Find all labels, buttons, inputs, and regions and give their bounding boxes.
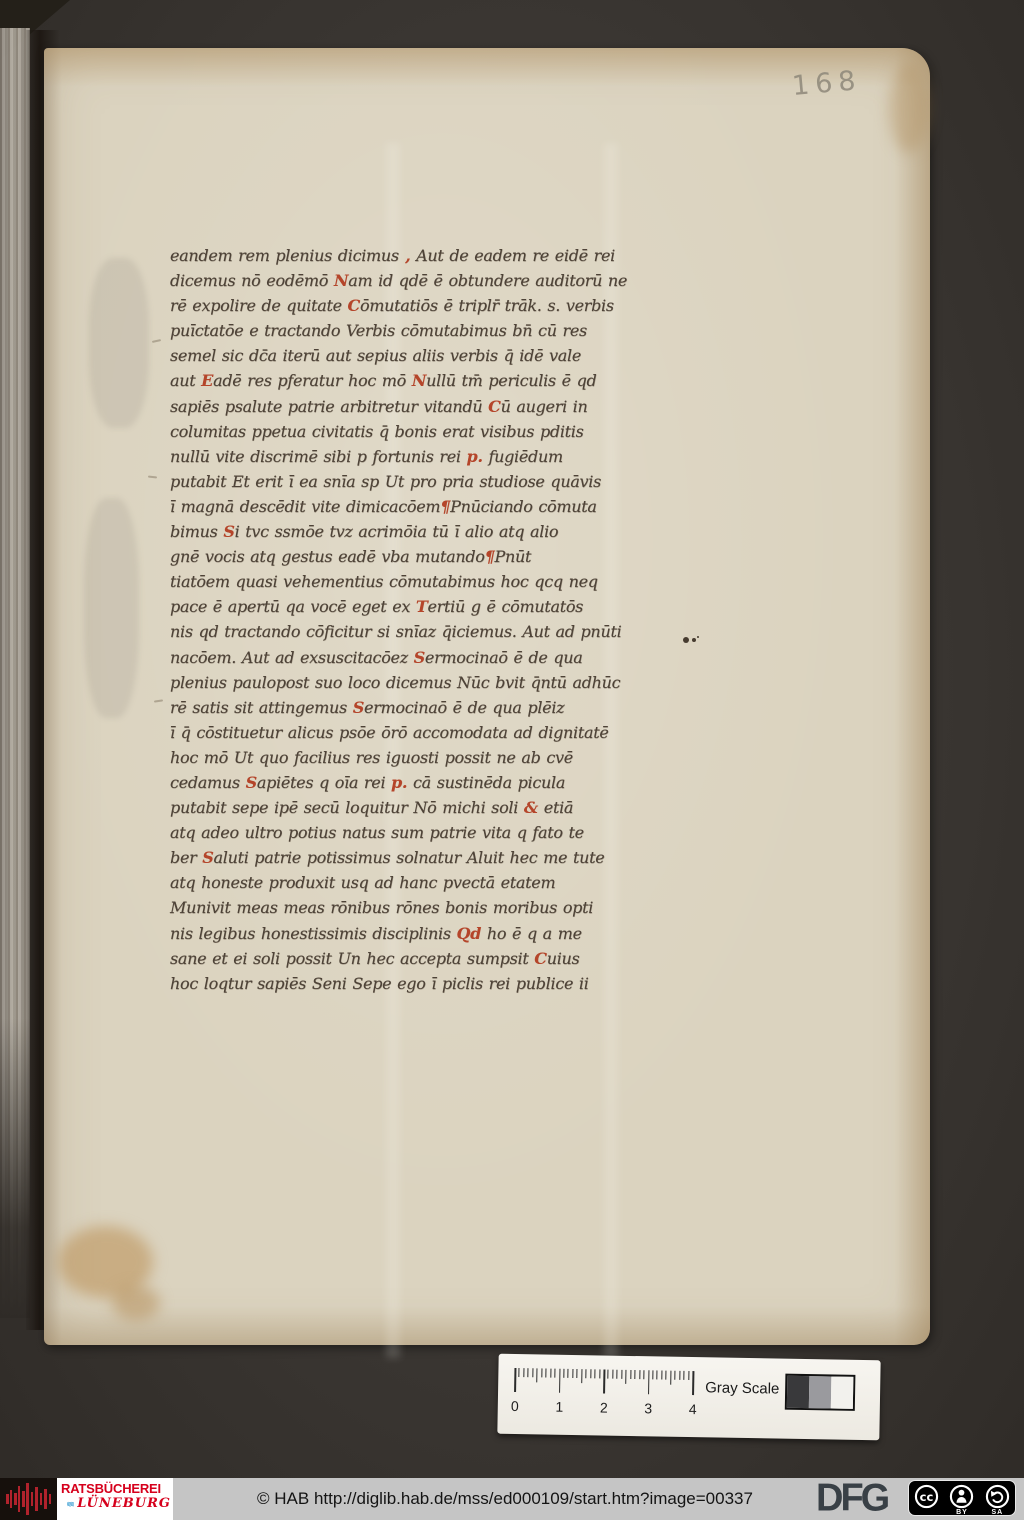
manuscript-line: sane et ei soli possit Un hec accepta su…: [170, 946, 640, 971]
manuscript-line: dicemus nō eodēmō Nam id qdē ē obtundere…: [170, 268, 640, 293]
manuscript-line: semel sic dc̄a iterū aut sepius aliis ve…: [170, 343, 640, 368]
manuscript-line: ber Saluti patrie potissimus solnatur Al…: [170, 845, 640, 870]
manuscript-line: puīctatōe e tractando Verbis cōmutabimus…: [170, 318, 640, 343]
ratsbuecherei-bars-icon: [5, 1482, 53, 1516]
manuscript-line: nis qd tractando cōficitur si snīaz q̄ic…: [170, 619, 640, 644]
gray-scale-label: Gray Scale: [705, 1379, 779, 1397]
manuscript-text-block: eandem rem plenius dicimus , Aut de eade…: [170, 243, 640, 996]
margin-mark: [148, 476, 157, 479]
manuscript-line: atq honeste produxit usq ad hanc pvectā …: [170, 870, 640, 895]
ruler-number: 2: [600, 1399, 608, 1415]
cc-by-sa-badge: cc BY SA: [908, 1480, 1016, 1516]
ruler-number: 0: [511, 1398, 519, 1414]
manuscript-line: atq adeo ultro potius natus sum patrie v…: [170, 820, 640, 845]
library-name-line1: RATSBÜCHEREI: [61, 1481, 171, 1496]
margin-ink-dots: [683, 635, 703, 645]
margin-mark: [154, 699, 163, 702]
library-logo-dark-box: [0, 1478, 57, 1520]
manuscript-line: nis legibus honestissimis disciplinis Qd…: [170, 921, 640, 946]
manuscript-line: pace ē apertū qa vocē eget ex Tertiū g ē…: [170, 594, 640, 619]
manuscript-line: rē satis sit attingemus Sermocinaō ē de …: [170, 695, 640, 720]
gray-patch: [787, 1376, 810, 1408]
margin-mark: [152, 339, 161, 343]
gray-scale-card: 01234 Gray Scale: [497, 1354, 880, 1441]
ruler-ticks: 01234: [514, 1368, 697, 1417]
manuscript-line: Munivit meas meas rōnibus rōnes bonis mo…: [170, 895, 640, 920]
manuscript-line: rē expolire de quitate Cōmutatiōs ē trip…: [170, 293, 640, 318]
show-through-smudge: [89, 258, 149, 428]
manuscript-line: ī magnā descēdit vite dimicacōem¶Pnūcian…: [170, 494, 640, 519]
book-waves-icon: [67, 1496, 74, 1512]
manuscript-line: tiatōem quasi vehementius cōmutabimus ho…: [170, 569, 640, 594]
dfg-logo: DFG: [816, 1476, 887, 1519]
manuscript-line: eandem rem plenius dicimus , Aut de eade…: [170, 243, 640, 268]
manuscript-line: cedamus Sapiētes q oīa rei p. cā sustinē…: [170, 770, 640, 795]
library-name-line2: LÜNEBURG: [77, 1496, 171, 1512]
manuscript-line: ī q̄ cōstituetur alicus psōe ōrō accomod…: [170, 720, 640, 745]
manuscript-line: hoc mō Ut quo facilius res iguosti possi…: [170, 745, 640, 770]
footer-bar: RATSBÜCHEREI LÜNEBURG © HAB http://digli…: [0, 1478, 1024, 1520]
library-logo-white-box: RATSBÜCHEREI LÜNEBURG: [57, 1478, 173, 1520]
manuscript-line: plenius paulopost suo loco dicemus Nūc b…: [170, 670, 640, 695]
gray-scale-patches: [785, 1374, 856, 1411]
ruler-number: 1: [555, 1399, 563, 1415]
manuscript-line: putabit sepe ipē secū loquitur Nō michi …: [170, 795, 640, 820]
gray-patch: [809, 1376, 832, 1408]
show-through-smudge: [84, 498, 139, 718]
manuscript-line: nacōem. Aut ad exsuscitacōez Sermocinaō …: [170, 645, 640, 670]
svg-text:cc: cc: [920, 1490, 934, 1504]
manuscript-line: sapiēs psalute patrie arbitretur vitandū…: [170, 394, 640, 419]
cc-logo-icon: cc: [912, 1484, 942, 1509]
manuscript-line: columitas ppetua civitatis q̄ bonis erat…: [170, 419, 640, 444]
manuscript-line: nullū vite discrimē sibi p fortunis rei …: [170, 444, 640, 469]
ruler-number: 4: [689, 1401, 697, 1417]
manuscript-line: putabit Et erit ī ea snīa sp Ut pro pria…: [170, 469, 640, 494]
cc-sa-arrow-icon: SA: [982, 1484, 1012, 1517]
gray-patch: [831, 1376, 854, 1408]
manuscript-line: hoc loqtur sapiēs Seni Sepe ego ī piclis…: [170, 971, 640, 996]
folio-number-pencil: 168: [791, 65, 863, 102]
digitized-manuscript-photo: 168 eandem rem plenius dicimus , Aut de …: [0, 0, 1024, 1520]
deckle-edge-tone: [889, 63, 929, 153]
manuscript-line: bimus Si tvc ssmōe tvz acrimōia tū ī ali…: [170, 519, 640, 544]
cc-by-person-icon: BY: [947, 1484, 977, 1517]
manuscript-line: aut Eadē res pferatur hoc mō Nullū tm̄ p…: [170, 368, 640, 393]
manuscript-line: gnē vocis atq gestus eadē vba mutando¶Pn…: [170, 544, 640, 569]
ruler-number: 3: [644, 1400, 652, 1416]
copyright-url-text: © HAB http://diglib.hab.de/mss/ed000109/…: [180, 1478, 830, 1520]
parchment-stain: [112, 1286, 160, 1320]
